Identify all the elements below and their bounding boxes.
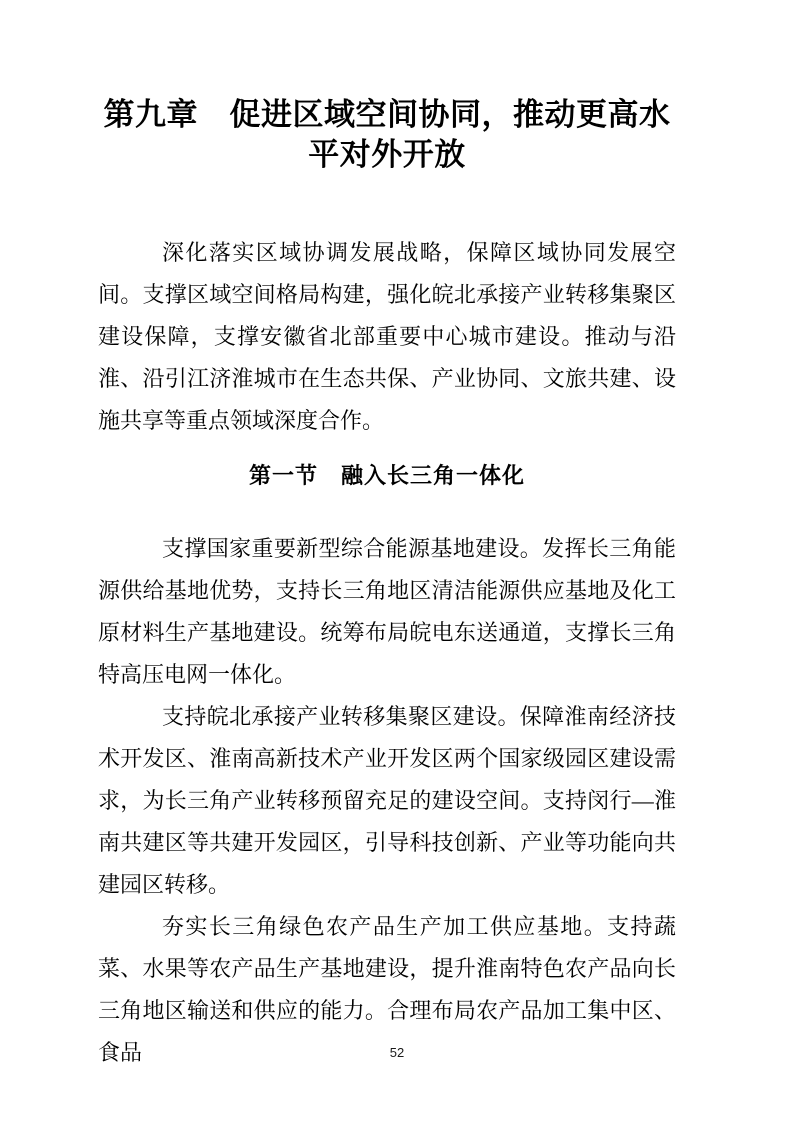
intro-paragraph: 深化落实区域协调发展战略，保障区域协同发展空间。支撑区域空间格局构建，强化皖北承… <box>98 232 676 442</box>
section-heading: 第一节 融入长三角一体化 <box>98 462 676 490</box>
chapter-title: 第九章 促进区域空间协同，推动更高水平对外开放 <box>98 95 676 175</box>
document-page: 第九章 促进区域空间协同，推动更高水平对外开放 深化落实区域协调发展战略，保障区… <box>0 0 794 1122</box>
paragraph-industry-transfer: 支持皖北承接产业转移集聚区建设。保障淮南经济技术开发区、淮南高新技术产业开发区两… <box>98 696 676 906</box>
document-body: 深化落实区域协调发展战略，保障区域协同发展空间。支撑区域空间格局构建，强化皖北承… <box>98 232 676 1074</box>
paragraph-energy-base: 支撑国家重要新型综合能源基地建设。发挥长三角能源供给基地优势，支持长三角地区清洁… <box>98 528 676 696</box>
page-number: 52 <box>0 1045 794 1060</box>
